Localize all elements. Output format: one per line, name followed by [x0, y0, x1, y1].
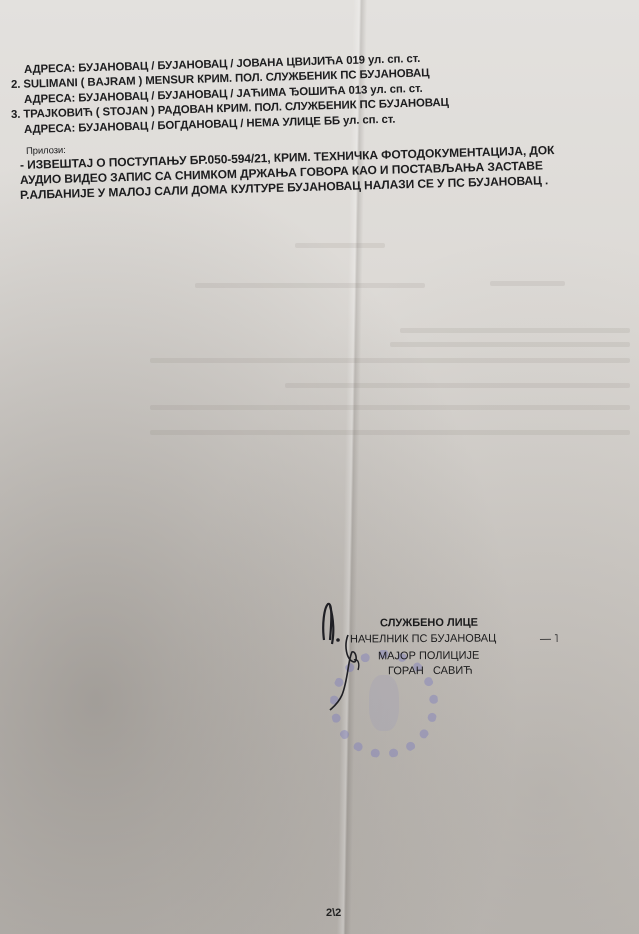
signature-mark: — ˥ — [540, 633, 558, 645]
bleed-through-mark — [150, 358, 630, 363]
bleed-through-mark — [150, 430, 630, 435]
signatory-position: НАЧЕЛНИК ПС БУЈАНОВАЦ — [350, 632, 496, 645]
paper-background — [0, 0, 639, 934]
attachments-label: Прилози: — [26, 145, 66, 157]
signatory-name: ГОРАН САВИЋ — [388, 665, 473, 678]
bleed-through-mark — [285, 383, 630, 388]
bleed-through-mark — [490, 281, 565, 286]
bleed-through-mark — [390, 342, 630, 347]
bleed-through-mark — [150, 405, 630, 410]
signatory-rank: МАЈОР ПОЛИЦИЈЕ — [378, 650, 479, 663]
bleed-through-mark — [400, 328, 630, 333]
signatory-title: СЛУЖБЕНО ЛИЦЕ — [380, 617, 478, 630]
handwritten-signature — [318, 600, 378, 715]
page-number: 2\2 — [326, 907, 341, 919]
bleed-through-mark — [295, 243, 385, 248]
bleed-through-mark — [195, 283, 425, 288]
